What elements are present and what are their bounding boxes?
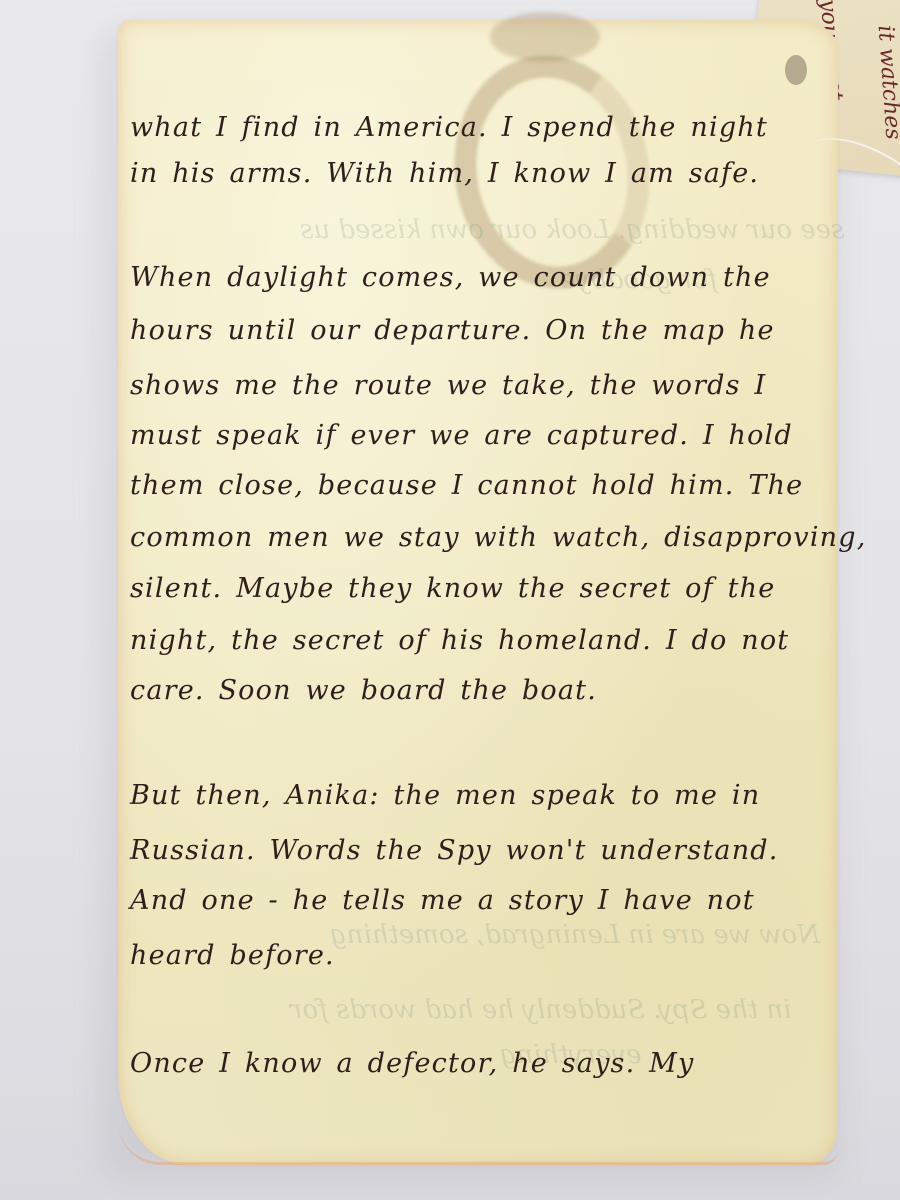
letter-line: shows me the route we take, the words I xyxy=(130,370,766,401)
letter-line: And one - he tells me a story I have not xyxy=(130,885,755,916)
letter-line: But then, Anika: the men speak to me in xyxy=(130,780,760,811)
letter-line: what I find in America. I spend the nigh… xyxy=(130,112,768,143)
tag-text-line: it watches xyxy=(873,24,900,140)
letter-line: heard before. xyxy=(130,940,335,971)
letter-line: care. Soon we board the boat. xyxy=(130,675,597,706)
letter-line: common men we stay with watch, disapprov… xyxy=(130,522,867,553)
letter-line: When daylight comes, we count down the xyxy=(130,262,771,293)
letter-line: in his arms. With him, I know I am safe. xyxy=(130,158,759,189)
letter-line: night, the secret of his homeland. I do … xyxy=(130,625,789,656)
letter-line: them close, because I cannot hold him. T… xyxy=(130,470,803,501)
ghost-text-line: see our wedding. Look our own kissed us xyxy=(300,215,844,245)
letter-line: must speak if ever we are captured. I ho… xyxy=(130,420,793,451)
tag-punch-hole xyxy=(785,55,807,85)
letter-line: silent. Maybe they know the secret of th… xyxy=(130,573,775,604)
letter-line: Once I know a defector, he says. My xyxy=(130,1048,694,1079)
ghost-text-line: in the Spy. Suddenly he had words for xyxy=(290,995,791,1025)
ghost-text-line: Now we are in Leningrad, something xyxy=(330,920,820,950)
letter-line: Russian. Words the Spy won't understand. xyxy=(130,835,779,866)
letter-line: hours until our departure. On the map he xyxy=(130,315,775,346)
